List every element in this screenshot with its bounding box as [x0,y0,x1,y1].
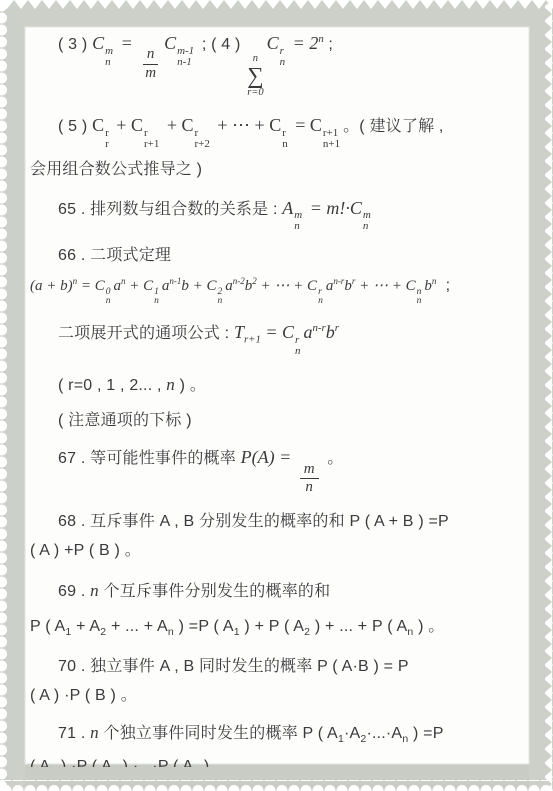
text-token: ; [436,277,450,294]
text-token: ( 注意通项的下标 ) [58,412,192,429]
math-token: Crn [307,278,326,294]
text-token: ·...·An [366,725,408,742]
text-token: ; ( 4 ) [197,36,245,53]
math-token: Cnn [406,278,425,294]
math-token: = [77,278,95,294]
math-token: 2n [309,33,323,53]
math-token: bn [424,278,436,294]
text-token: ) 。 [199,758,230,767]
binomial-general-term-formula: 二项展开式的通项公式 : Tr+1 = Crnan-rbr [30,319,527,357]
text-token: 67 . 等可能性事件的概率 [58,450,241,467]
text-token: 个独立事件同时发生的概率 P ( A1 [99,725,344,742]
text-token: P ( A1 [30,618,71,635]
math-token: C2n [207,278,226,294]
document-page: ( 3 ) Cmn = nmCm-1n-1 ; ( 4 ) n∑r=0Crn =… [0,0,553,791]
item-66-binomial-theorem-heading: 66 . 二项式定理 [30,244,527,267]
text-token: 65 . 排列数与组合数的关系是 : [58,201,282,218]
math-token: Cmn [350,198,374,218]
math-token: b + [181,278,206,294]
math-token: C0n [95,278,114,294]
formula-sheet: ( 3 ) Cmn = nmCm-1n-1 ; ( 4 ) n∑r=0Crn =… [30,30,527,767]
math-token: br [344,278,355,294]
text-token: ) ·P ( A2 [56,758,118,767]
math-token: Crr+1 [131,115,162,135]
item-65-permutation-combination-relation: 65 . 排列数与组合数的关系是 : Amn = m!·Cmn [30,195,527,233]
math-token: br [326,322,339,342]
sigma-summation: n∑r=0 [247,53,263,98]
item-68-continued: ( A ) +P ( B ) 。 [30,539,527,562]
item-68-mutually-exclusive-sum: 68 . 互斥事件 A , B 分别发生的概率的和 P ( A + B ) =P [30,510,527,533]
math-token: an-2 [225,278,245,294]
text-token: ) ·...·P ( An [118,758,199,767]
math-token: = [288,33,309,53]
text-token: 66 . 二项式定理 [58,247,171,264]
text-token: n [166,375,175,394]
formula-5: ( 5 ) Crr + Crr+1 + Crr+2 + ⋯ + Crn = Cr… [30,112,527,150]
text-token: ( r=0 , 1 , 2... , [58,377,166,394]
item-70-independent-events: 70 . 独立事件 A , B 同时发生的概率 P ( A·B ) = P [30,655,527,678]
math-token: = m!· [305,198,350,218]
math-token: + [112,115,131,135]
fraction: nm [141,46,160,82]
text-token: 。( 建议了解 , [343,118,443,135]
binomial-expansion-formula: (a + b)n = C0nan + C1nan-1b + C2nan-2b2 … [30,274,527,307]
math-token: + [162,115,181,135]
math-token: + ⋯ + [355,278,405,294]
text-token: 。 [323,450,344,467]
general-term-range: ( r=0 , 1 , 2... , n ) 。 [30,373,527,398]
text-token: 70 . 独立事件 A , B 同时发生的概率 P ( A·B ) = P [58,658,409,675]
item-71-n-independent-events: 71 . n 个独立事件同时发生的概率 P ( A1·A2·...·An ) =… [30,721,527,747]
fraction: mn [300,461,319,497]
text-token: ) + P ( A2 [240,618,310,635]
text-token: ) + ... + P ( An [310,618,413,635]
text-token: ) 。 [413,618,444,635]
math-token: an-1 [162,278,182,294]
text-token: n [90,723,99,742]
text-token: 69 . [58,583,90,600]
math-token: P(A) = [241,447,296,467]
math-token: = [291,115,310,135]
math-token: Cmn [92,33,116,53]
text-token: 会用组合数公式推导之 ) [30,161,202,178]
math-token: Tr+1 [234,322,261,342]
text-token: 二项展开式的通项公式 : [58,325,234,342]
formula-3-and-4: ( 3 ) Cmn = nmCm-1n-1 ; ( 4 ) n∑r=0Crn =… [30,30,527,98]
formula-5-continued: 会用组合数公式推导之 ) [30,158,527,181]
text-token: ( 5 ) [58,118,92,135]
math-token: = [116,33,137,53]
math-token: Crr [92,115,112,135]
math-token: Crr+2 [181,115,212,135]
math-token: Crn [267,33,289,53]
text-token: ; [324,36,333,53]
text-token: ) 。 [175,377,206,394]
text-token: ) =P ( A1 [174,618,240,635]
item-69-n-mutually-exclusive: 69 . n 个互斥事件分别发生的概率的和 [30,579,527,604]
text-token: 个互斥事件分别发生的概率的和 [99,583,330,600]
text-token: + A2 [71,618,106,635]
math-token: an [114,278,126,294]
text-token: ( A1 [30,758,56,767]
item-69-continued: P ( A1 + A2 + ... + An ) =P ( A1 ) + P (… [30,615,527,640]
text-token: 68 . 互斥事件 A , B 分别发生的概率的和 P ( A + B ) =P [58,513,449,530]
math-token: Amn [282,198,305,218]
math-token: = [261,322,282,342]
item-70-continued: ( A ) ·P ( B ) 。 [30,684,527,707]
item-71-continued: ( A1 ) ·P ( A2 ) ·...·P ( An ) 。 [30,755,527,767]
item-67-equally-likely-probability: 67 . 等可能性事件的概率 P(A) = mn 。 [30,444,527,496]
math-token: an-r [326,278,345,294]
text-token: 71 . [58,725,90,742]
text-token: + ... + An [106,618,174,635]
text-token: ( 3 ) [58,36,92,53]
text-token: ) =P [408,725,443,742]
text-token: n [90,581,99,600]
math-token: + ⋯ + [213,115,269,135]
math-token: b2 [245,278,257,294]
math-token: Crn [269,115,291,135]
math-token: Cr+1n+1 [310,115,343,135]
math-token: C1n [143,278,162,294]
text-token: ( A ) ·P ( B ) 。 [30,687,137,704]
math-token: Cm-1n-1 [164,33,197,53]
math-token: Crn [282,322,304,342]
text-token: ( A ) +P ( B ) 。 [30,542,141,559]
note-general-term-subscript: ( 注意通项的下标 ) [30,409,527,432]
math-token: (a + b)n [30,278,77,294]
math-token: + ⋯ + [257,278,307,294]
math-token: an-r [304,322,326,342]
math-token: + [126,278,144,294]
text-token: ·A2 [344,725,366,742]
